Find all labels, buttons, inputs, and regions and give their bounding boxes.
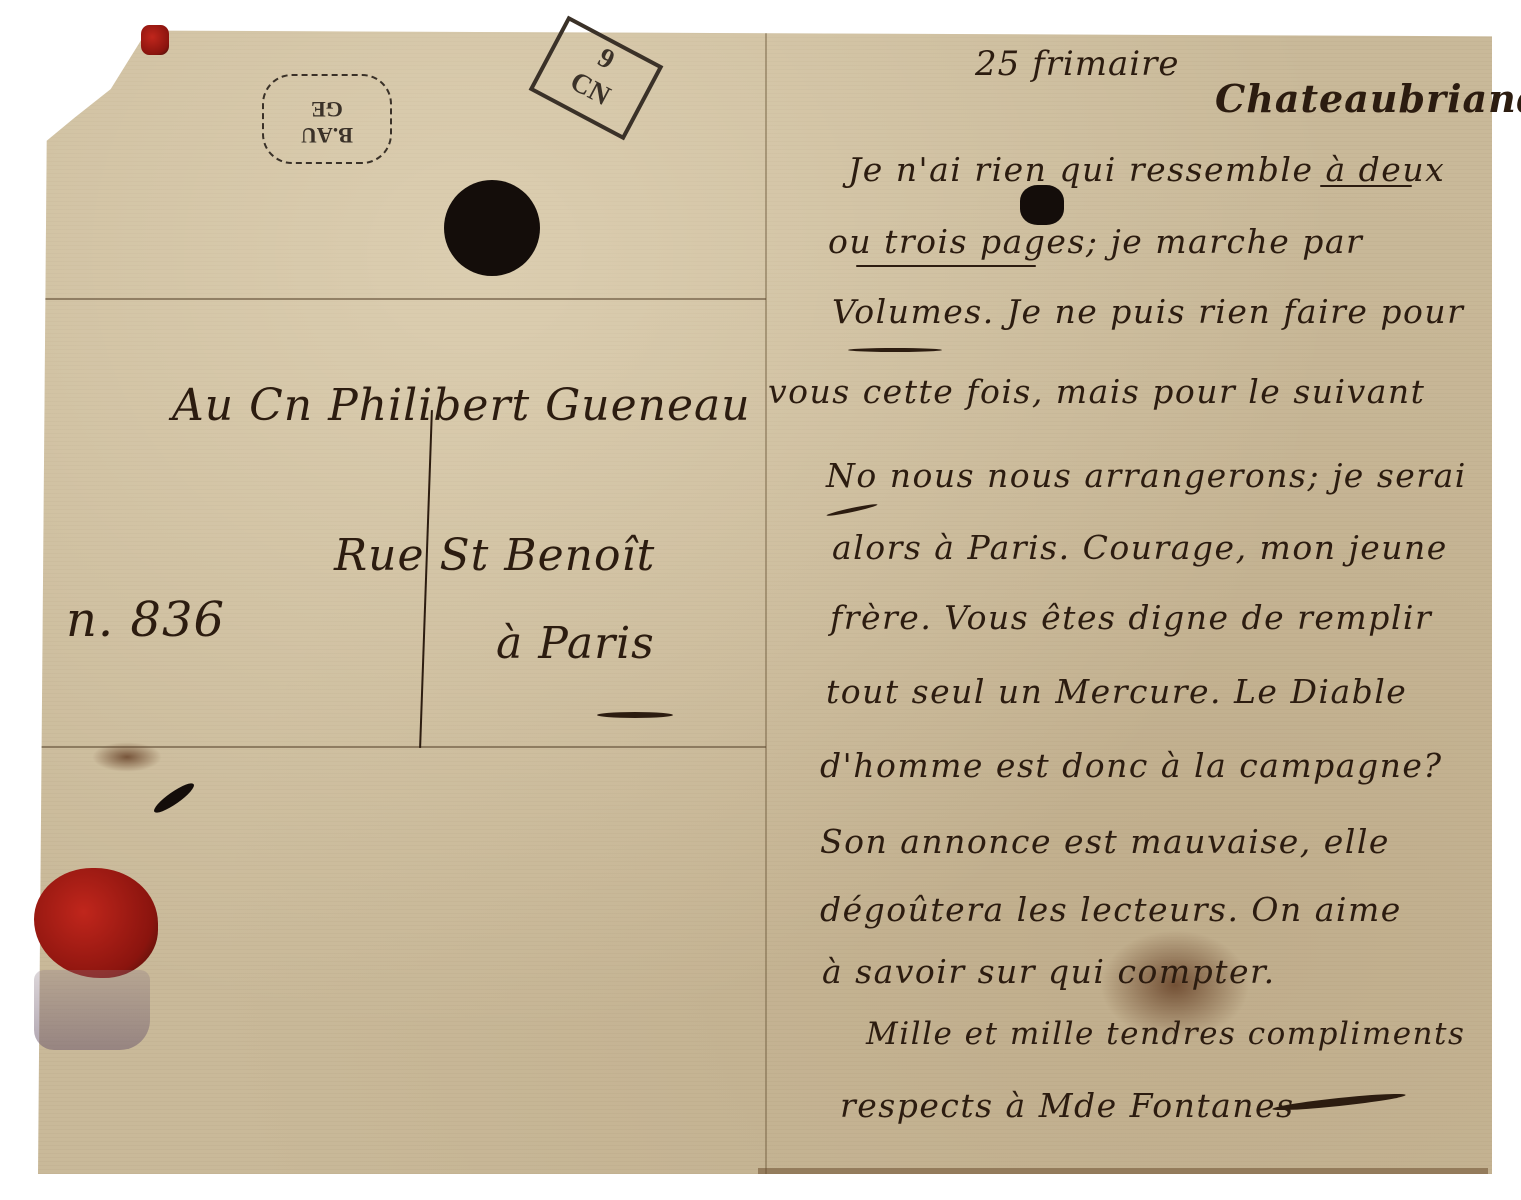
city-line: à Paris xyxy=(496,618,655,669)
black-wax-seal xyxy=(444,180,540,276)
letter-line: Je n'ai rien qui ressemble à deux xyxy=(848,150,1445,189)
letter-line: No nous nous arrangerons; je serai xyxy=(826,456,1467,495)
red-wax-corner xyxy=(141,25,169,55)
letter-line: à savoir sur qui compter. xyxy=(822,952,1276,991)
underline-deux xyxy=(1320,185,1412,187)
letter-line: d'homme est donc à la campagne? xyxy=(820,746,1443,785)
underline-trois-pages xyxy=(856,265,1036,267)
letter-line: vous cette fois, mais pour le suivant xyxy=(768,372,1425,411)
city-flourish xyxy=(597,712,673,718)
addressee-line: Au Cn Philibert Gueneau xyxy=(172,380,751,431)
letter-line: frère. Vous êtes digne de remplir xyxy=(830,598,1432,637)
letter-line: dégoûtera les lecteurs. On aime xyxy=(820,890,1402,929)
letter-line: respects à Mde Fontanes xyxy=(840,1086,1295,1125)
seal-residue xyxy=(34,970,150,1050)
fold-line-upper xyxy=(38,298,766,300)
center-fold xyxy=(765,26,767,1174)
signature: Chateaubriand xyxy=(1215,76,1521,121)
letter-line: tout seul un Mercure. Le Diable xyxy=(826,672,1407,711)
letter-line: Volumes. Je ne puis rien faire pour xyxy=(832,292,1464,331)
bottom-edge-stain xyxy=(758,1168,1488,1174)
letter-line: Mille et mille tendres compliments xyxy=(866,1016,1465,1052)
black-wax-hole-right xyxy=(1020,185,1064,225)
reference-number: n. 836 xyxy=(66,592,225,648)
ink-stain-fold xyxy=(92,742,162,772)
letter-line: ou trois pages; je marche par xyxy=(828,222,1363,261)
letter-line: alors à Paris. Courage, mon jeune xyxy=(832,528,1448,567)
underline-volumes xyxy=(848,348,942,352)
postmark-octagon: B.AU GE xyxy=(262,74,392,164)
street-line: Rue St Benoît xyxy=(334,530,655,581)
letter-line: Son annonce est mauvaise, elle xyxy=(820,822,1390,861)
letter-date: 25 frimaire xyxy=(975,44,1180,84)
